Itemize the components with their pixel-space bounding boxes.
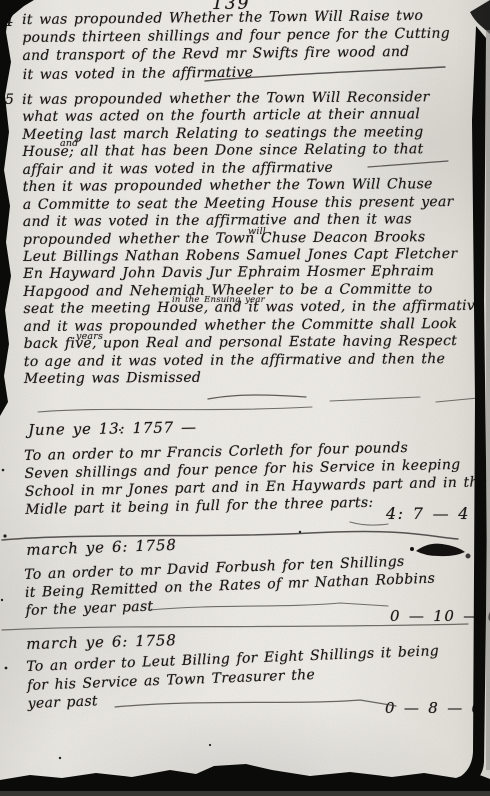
manuscript-line: Meeting was Dismissed <box>24 368 484 389</box>
interlinear-insertion: years <box>76 331 103 342</box>
entry-march-1758-a: To an order to mr David Forbush for ten … <box>24 552 436 621</box>
entry-amount: 4: 7 — 4 <box>386 504 470 523</box>
manuscript-line: a Committe to seat the Meeting House thi… <box>23 193 483 214</box>
interlinear-insertion: will <box>248 226 266 237</box>
entry-date: march ye 6: 1758 <box>26 631 177 653</box>
paragraph-1: it was propounded Whether the Town Will … <box>22 7 451 84</box>
interlinear-insertion: and <box>60 138 78 149</box>
interlinear-insertion: in the Ensuing year <box>172 295 265 305</box>
margin-marker-5: 5 <box>5 92 14 108</box>
entry-date: march ye 6: 1758 <box>26 536 177 559</box>
manuscript-line: House; all that has been Done since Rela… <box>22 141 482 162</box>
paragraph-2: it was propounded whether the Town Will … <box>22 89 484 389</box>
manuscript-line: it was voted in the affirmative <box>23 61 451 84</box>
entry-amount: 0 — 8 — 0 <box>385 699 483 717</box>
manuscript-line: to age and it was voted in the affirmati… <box>24 350 484 371</box>
entry-date: June ye 13: 1757 — <box>28 418 197 439</box>
entry-amount: 0 — 10 — 0 <box>390 607 490 625</box>
manuscript-page: 139 4 5 it was propounded Whether the To… <box>0 0 490 796</box>
margin-marker-4: 4 <box>3 11 14 31</box>
entry-march-1758-b: To an order to Leut Billing for Eight Sh… <box>26 642 441 713</box>
